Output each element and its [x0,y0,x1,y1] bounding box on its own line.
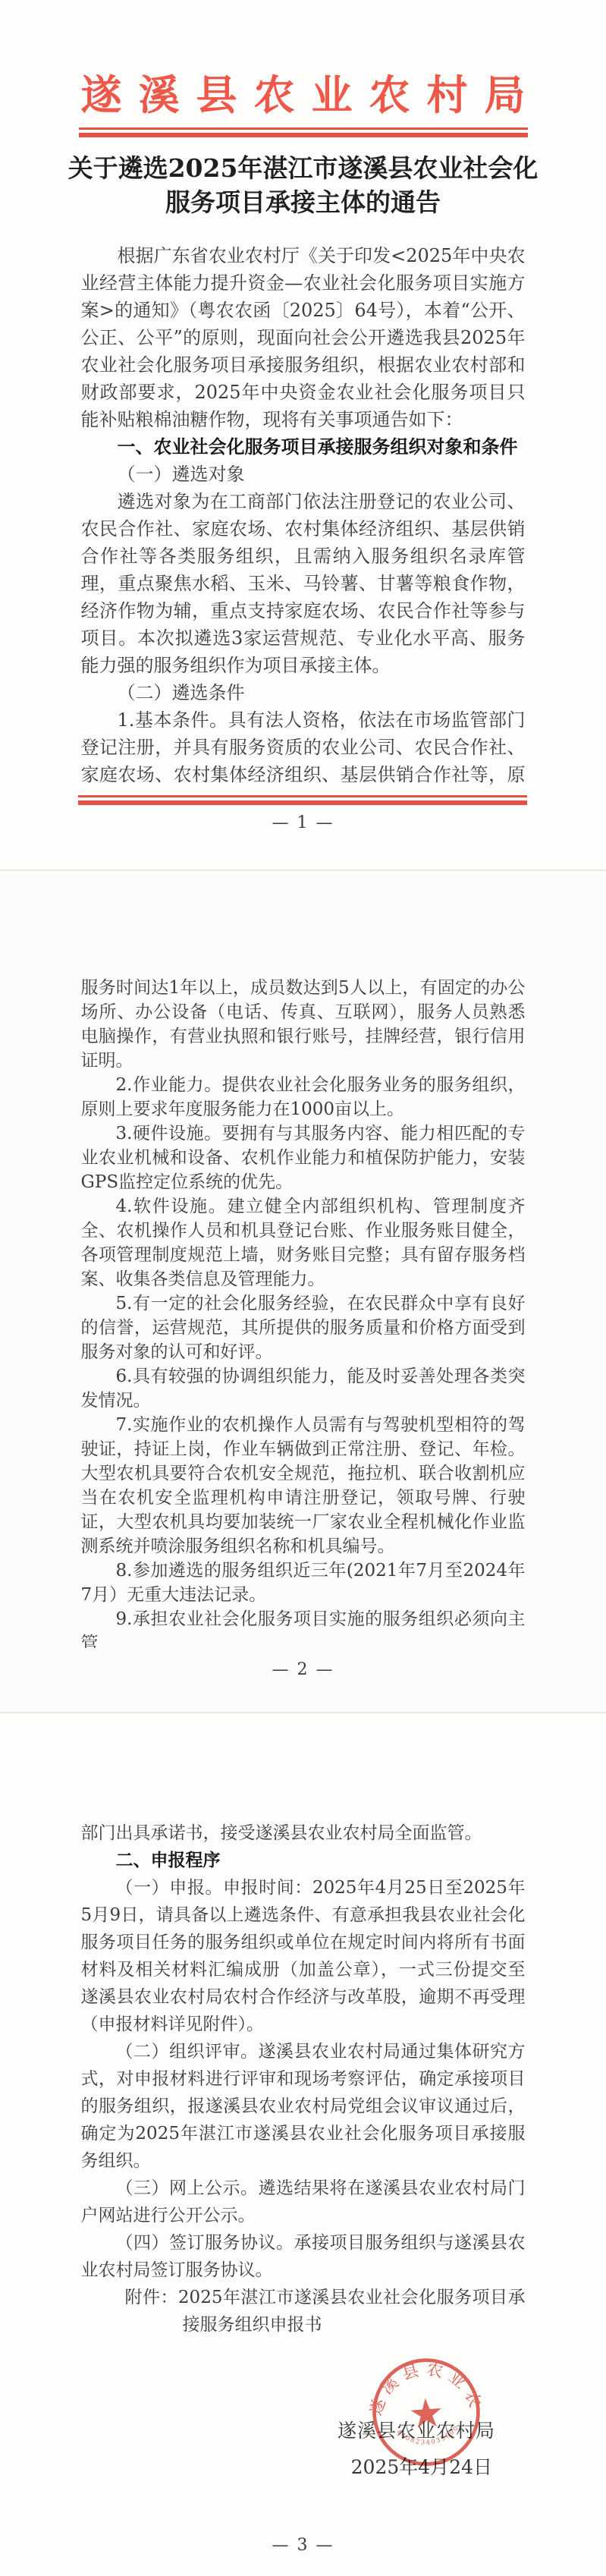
seal-star-icon: ★ [407,2389,446,2438]
page-3: 部门出具承诺书，接受遂溪县农业农村局全面监管。 二、申报程序 （一）申报。申报时… [0,1712,606,2576]
sub-heading: （二）遴选条件 [81,679,526,706]
attachment-note: 附件：2025年湛江市遂溪县农业社会化服务项目承接服务组织申报书 [81,2284,526,2339]
body-paragraph: （二）组织评审。遂溪县农业农村局通过集体研究方式，对申报材料进行评审和现场考察评… [81,2038,526,2175]
page-number: — 1 — [0,813,606,832]
body-paragraph: 7.实施作业的农机操作人员需有与驾驶机型相符的驾驶证，持证上岗，作业车辆做到正常… [81,1413,526,1558]
page-number: — 3 — [0,2536,606,2555]
attachment-text: 2025年湛江市遂溪县农业社会化服务项目承接服务组织申报书 [178,2288,526,2335]
body-paragraph: 6.具有较强的协调组织能力，能及时妥善处理各类突发情况。 [81,1364,526,1413]
official-seal: 遂溪县农业农村局 ★ 4408234035690 [366,2351,487,2473]
body-paragraph: （四）签订服务协议。承接项目服务组织与遂溪县农业农村局签订服务协议。 [81,2229,526,2284]
page-3-body: 部门出具承诺书，接受遂溪县农业农村局全面监管。 二、申报程序 （一）申报。申报时… [81,1820,526,2339]
body-paragraph: 4.软件设施。建立健全内部组织机构、管理制度齐全、农机操作人员和机具登记台账、作… [81,1194,526,1291]
title-line-2: 服务项目承接主体的通告 [0,185,606,219]
body-paragraph: 9.承担农业社会化服务项目实施的服务组织必须向主管 [81,1607,526,1648]
header-double-rule [79,127,528,137]
body-paragraph: 2.作业能力。提供农业社会化服务业务的服务组织，原则上要求年度服务能力在1000… [81,1073,526,1121]
body-paragraph: 遴选对象为在工商部门依法注册登记的农业公司、农民合作社、家庭农场、农村集体经济组… [81,488,526,679]
title-line-1: 关于遴选2025年湛江市遂溪县农业社会化 [0,151,606,185]
document-scan: 遂溪县农业农村局 关于遴选2025年湛江市遂溪县农业社会化 服务项目承接主体的通… [0,0,606,2576]
page-number: — 2 — [0,1660,606,1679]
body-paragraph: 8.参加遴选的服务组织近三年(2021年7月至2024年7月）无重大违法记录。 [81,1558,526,1607]
attachment-label: 附件： [125,2288,178,2307]
page-2: 服务时间达1年以上，成员数达到5人以上，有固定的办公场所、办公设备（电话、传真、… [0,870,606,1712]
header-rule-thick [79,133,528,137]
body-paragraph: 3.硬件设施。要拥有与其服务内容、能力相匹配的专业农业机械和设备、农机作业能力和… [81,1121,526,1194]
page-2-body: 服务时间达1年以上，成员数达到5人以上，有固定的办公场所、办公设备（电话、传真、… [81,976,526,1648]
sub-heading: （一）遴选对象 [81,461,526,488]
body-paragraph-continuation: 服务时间达1年以上，成员数达到5人以上，有固定的办公场所、办公设备（电话、传真、… [81,976,526,1073]
body-paragraph: 1.基本条件。具有法人资格，依法在市场监管部门登记注册，并具有服务资质的农业公司… [81,706,526,790]
body-paragraph-continuation: 部门出具承诺书，接受遂溪县农业农村局全面监管。 [81,1820,526,1847]
body-paragraph: （三）网上公示。遴选结果将在遂溪县农业农村局门户网站进行公开公示。 [81,2175,526,2229]
document-title: 关于遴选2025年湛江市遂溪县农业社会化 服务项目承接主体的通告 [0,151,606,219]
body-paragraph: （一）申报。申报时间：2025年4月25日至2025年5月9日，请具备以上遴选条… [81,1874,526,2038]
section-heading: 二、申报程序 [81,1847,526,1874]
footer-rule-thick [78,800,527,805]
section-heading: 一、农业社会化服务项目承接服务组织对象和条件 [81,433,526,461]
footer-double-rule [78,795,527,805]
body-paragraph: 根据广东省农业农村厅《关于印发<2025年中央农业经营主体能力提升资金—农业社会… [81,242,526,433]
page-1-body: 根据广东省农业农村厅《关于印发<2025年中央农业经营主体能力提升资金—农业社会… [81,242,526,790]
page-1: 遂溪县农业农村局 关于遴选2025年湛江市遂溪县农业社会化 服务项目承接主体的通… [0,0,606,870]
letterhead-title: 遂溪县农业农村局 [0,0,606,117]
body-paragraph: 5.有一定的社会化服务经验，在农民群众中享有良好的信誉，运营规范，其所提供的服务… [81,1291,526,1364]
